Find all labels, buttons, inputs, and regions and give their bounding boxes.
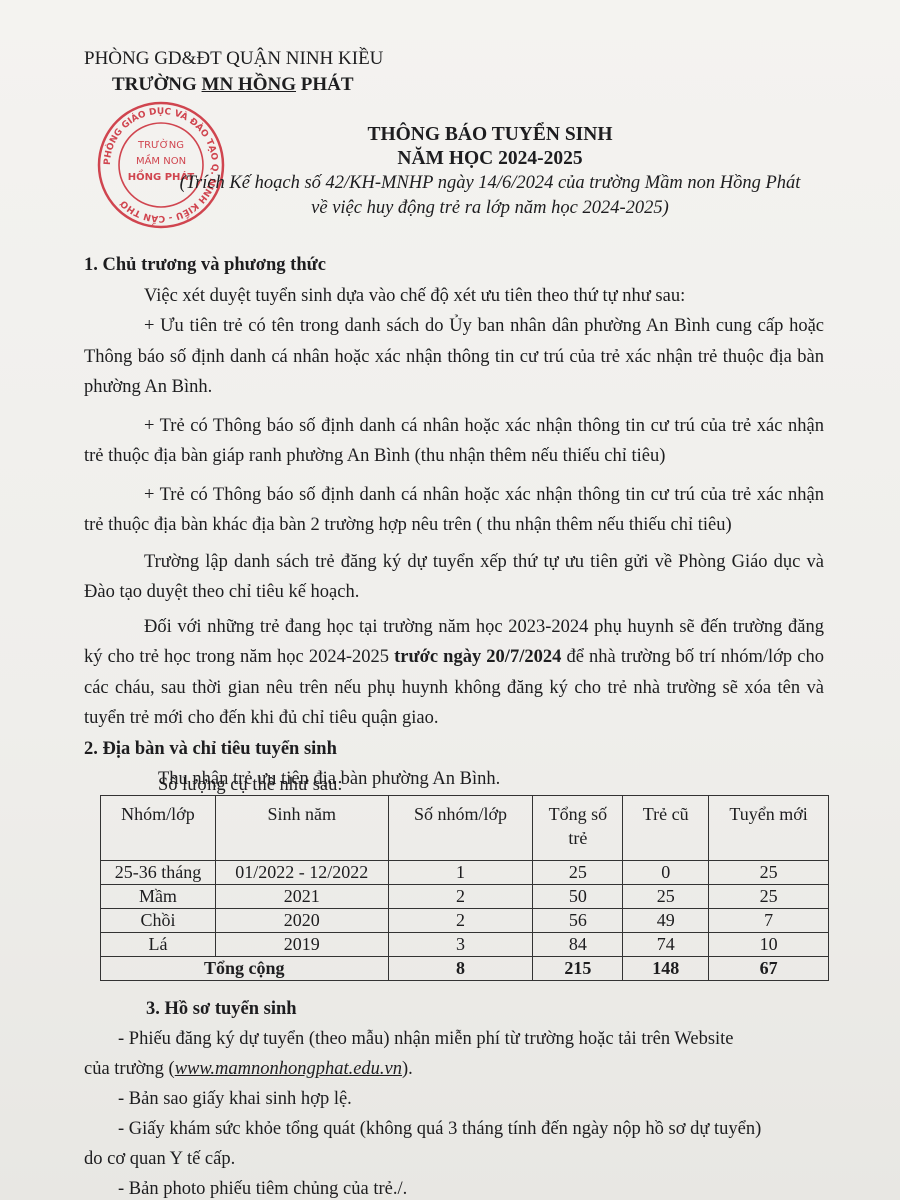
document-item-4: - Bản photo phiếu tiêm chủng của trẻ./. bbox=[84, 1174, 844, 1200]
document-item-3-cont: do cơ quan Y tế cấp. bbox=[84, 1144, 844, 1174]
table-row: Chồi2020256497 bbox=[101, 909, 829, 933]
table-cell: 56 bbox=[533, 909, 623, 933]
notice-title: THÔNG BÁO TUYỂN SINH bbox=[0, 124, 900, 146]
list-note: Trường lập danh sách trẻ đăng ký dự tuyể… bbox=[84, 547, 824, 608]
section-2-heading: 2. Địa bàn và chỉ tiêu tuyển sinh bbox=[84, 734, 824, 765]
column-header: Tuyển mới bbox=[709, 796, 829, 861]
section-1-heading: 1. Chủ trương và phương thức bbox=[84, 250, 824, 281]
table-cell: 25 bbox=[709, 885, 829, 909]
table-cell: 3 bbox=[388, 933, 533, 957]
table-row: Lá20193847410 bbox=[101, 933, 829, 957]
column-header: Nhóm/lớp bbox=[101, 796, 216, 861]
section-1: 1. Chủ trương và phương thức Việc xét du… bbox=[84, 250, 824, 795]
document-item-2: - Bản sao giấy khai sinh hợp lệ. bbox=[84, 1084, 844, 1114]
table-cell: 2 bbox=[388, 909, 533, 933]
table-cell: 74 bbox=[623, 933, 709, 957]
table-cell: 84 bbox=[533, 933, 623, 957]
document-item-3: - Giấy khám sức khỏe tổng quát (không qu… bbox=[84, 1114, 844, 1144]
table-cell: 215 bbox=[533, 957, 623, 981]
table-cell: 10 bbox=[709, 933, 829, 957]
priority-2: + Trẻ có Thông báo số định danh cá nhân … bbox=[84, 411, 824, 472]
subtitle-line2: về việc huy động trẻ ra lớp năm học 2024… bbox=[0, 198, 900, 219]
table-cell: 2 bbox=[388, 885, 533, 909]
column-header: Số nhóm/lớp bbox=[388, 796, 533, 861]
table-cell: 01/2022 - 12/2022 bbox=[215, 861, 388, 885]
section-3: 3. Hồ sơ tuyển sinh - Phiếu đăng ký dự t… bbox=[84, 994, 844, 1200]
section-2-line2: Số lượng cụ thể như sau: bbox=[158, 775, 343, 796]
table-cell: 148 bbox=[623, 957, 709, 981]
document-item-1: - Phiếu đăng ký dự tuyển (theo mẫu) nhận… bbox=[84, 1024, 844, 1054]
table-cell: 2021 bbox=[215, 885, 388, 909]
subtitle-line1: (Trích Kế hoạch số 42/KH-MNHP ngày 14/6/… bbox=[0, 173, 900, 194]
table-cell: Lá bbox=[101, 933, 216, 957]
deadline: trước ngày 20/7/2024 bbox=[394, 647, 561, 667]
table-cell: 7 bbox=[709, 909, 829, 933]
document-item-1-cont: của trường (www.mamnonhongphat.edu.vn). bbox=[84, 1054, 844, 1084]
table-cell: Mầm bbox=[101, 885, 216, 909]
table-cell: Tổng cộng bbox=[101, 957, 389, 981]
column-header: Sinh năm bbox=[215, 796, 388, 861]
column-header: Trẻ cũ bbox=[623, 796, 709, 861]
table-total-row: Tổng cộng821514867 bbox=[101, 957, 829, 981]
section-1-intro: Việc xét duyệt tuyển sinh dựa vào chế độ… bbox=[84, 281, 824, 312]
table-cell: 1 bbox=[388, 861, 533, 885]
document-page: PHÒNG GD&ĐT QUẬN NINH KIỀU TRƯỜNG MN HỒN… bbox=[0, 0, 900, 1200]
column-header: Tổng số trẻ bbox=[533, 796, 623, 861]
table-cell: 2019 bbox=[215, 933, 388, 957]
table-cell: 50 bbox=[533, 885, 623, 909]
table-cell: Chồi bbox=[101, 909, 216, 933]
table-body: 25-36 tháng01/2022 - 12/2022125025Mầm202… bbox=[101, 861, 829, 981]
table-header-row: Nhóm/lớpSinh nămSố nhóm/lớpTổng số trẻTr… bbox=[101, 796, 829, 861]
table-cell: 25 bbox=[623, 885, 709, 909]
table-cell: 25 bbox=[533, 861, 623, 885]
table-cell: 25-36 tháng bbox=[101, 861, 216, 885]
table-cell: 2020 bbox=[215, 909, 388, 933]
school-year: NĂM HỌC 2024-2025 bbox=[0, 148, 900, 170]
table-row: 25-36 tháng01/2022 - 12/2022125025 bbox=[101, 861, 829, 885]
table-cell: 67 bbox=[709, 957, 829, 981]
enrollment-quota-table: Nhóm/lớpSinh nămSố nhóm/lớpTổng số trẻTr… bbox=[100, 795, 829, 981]
priority-3: + Trẻ có Thông báo số định danh cá nhân … bbox=[84, 480, 824, 541]
website-link[interactable]: www.mamnonhongphat.edu.vn bbox=[175, 1059, 402, 1079]
school-name: TRƯỜNG MN HỒNG PHÁT bbox=[112, 74, 354, 96]
table-row: Mầm20212502525 bbox=[101, 885, 829, 909]
table-cell: 0 bbox=[623, 861, 709, 885]
table-cell: 49 bbox=[623, 909, 709, 933]
priority-1: + Ưu tiên trẻ có tên trong danh sách do … bbox=[84, 311, 824, 403]
table-cell: 8 bbox=[388, 957, 533, 981]
department-name: PHÒNG GD&ĐT QUẬN NINH KIỀU bbox=[84, 48, 383, 70]
section-3-heading: 3. Hồ sơ tuyển sinh bbox=[84, 994, 844, 1024]
existing-students-note: Đối với những trẻ đang học tại trường nă… bbox=[84, 612, 824, 734]
table-cell: 25 bbox=[709, 861, 829, 885]
